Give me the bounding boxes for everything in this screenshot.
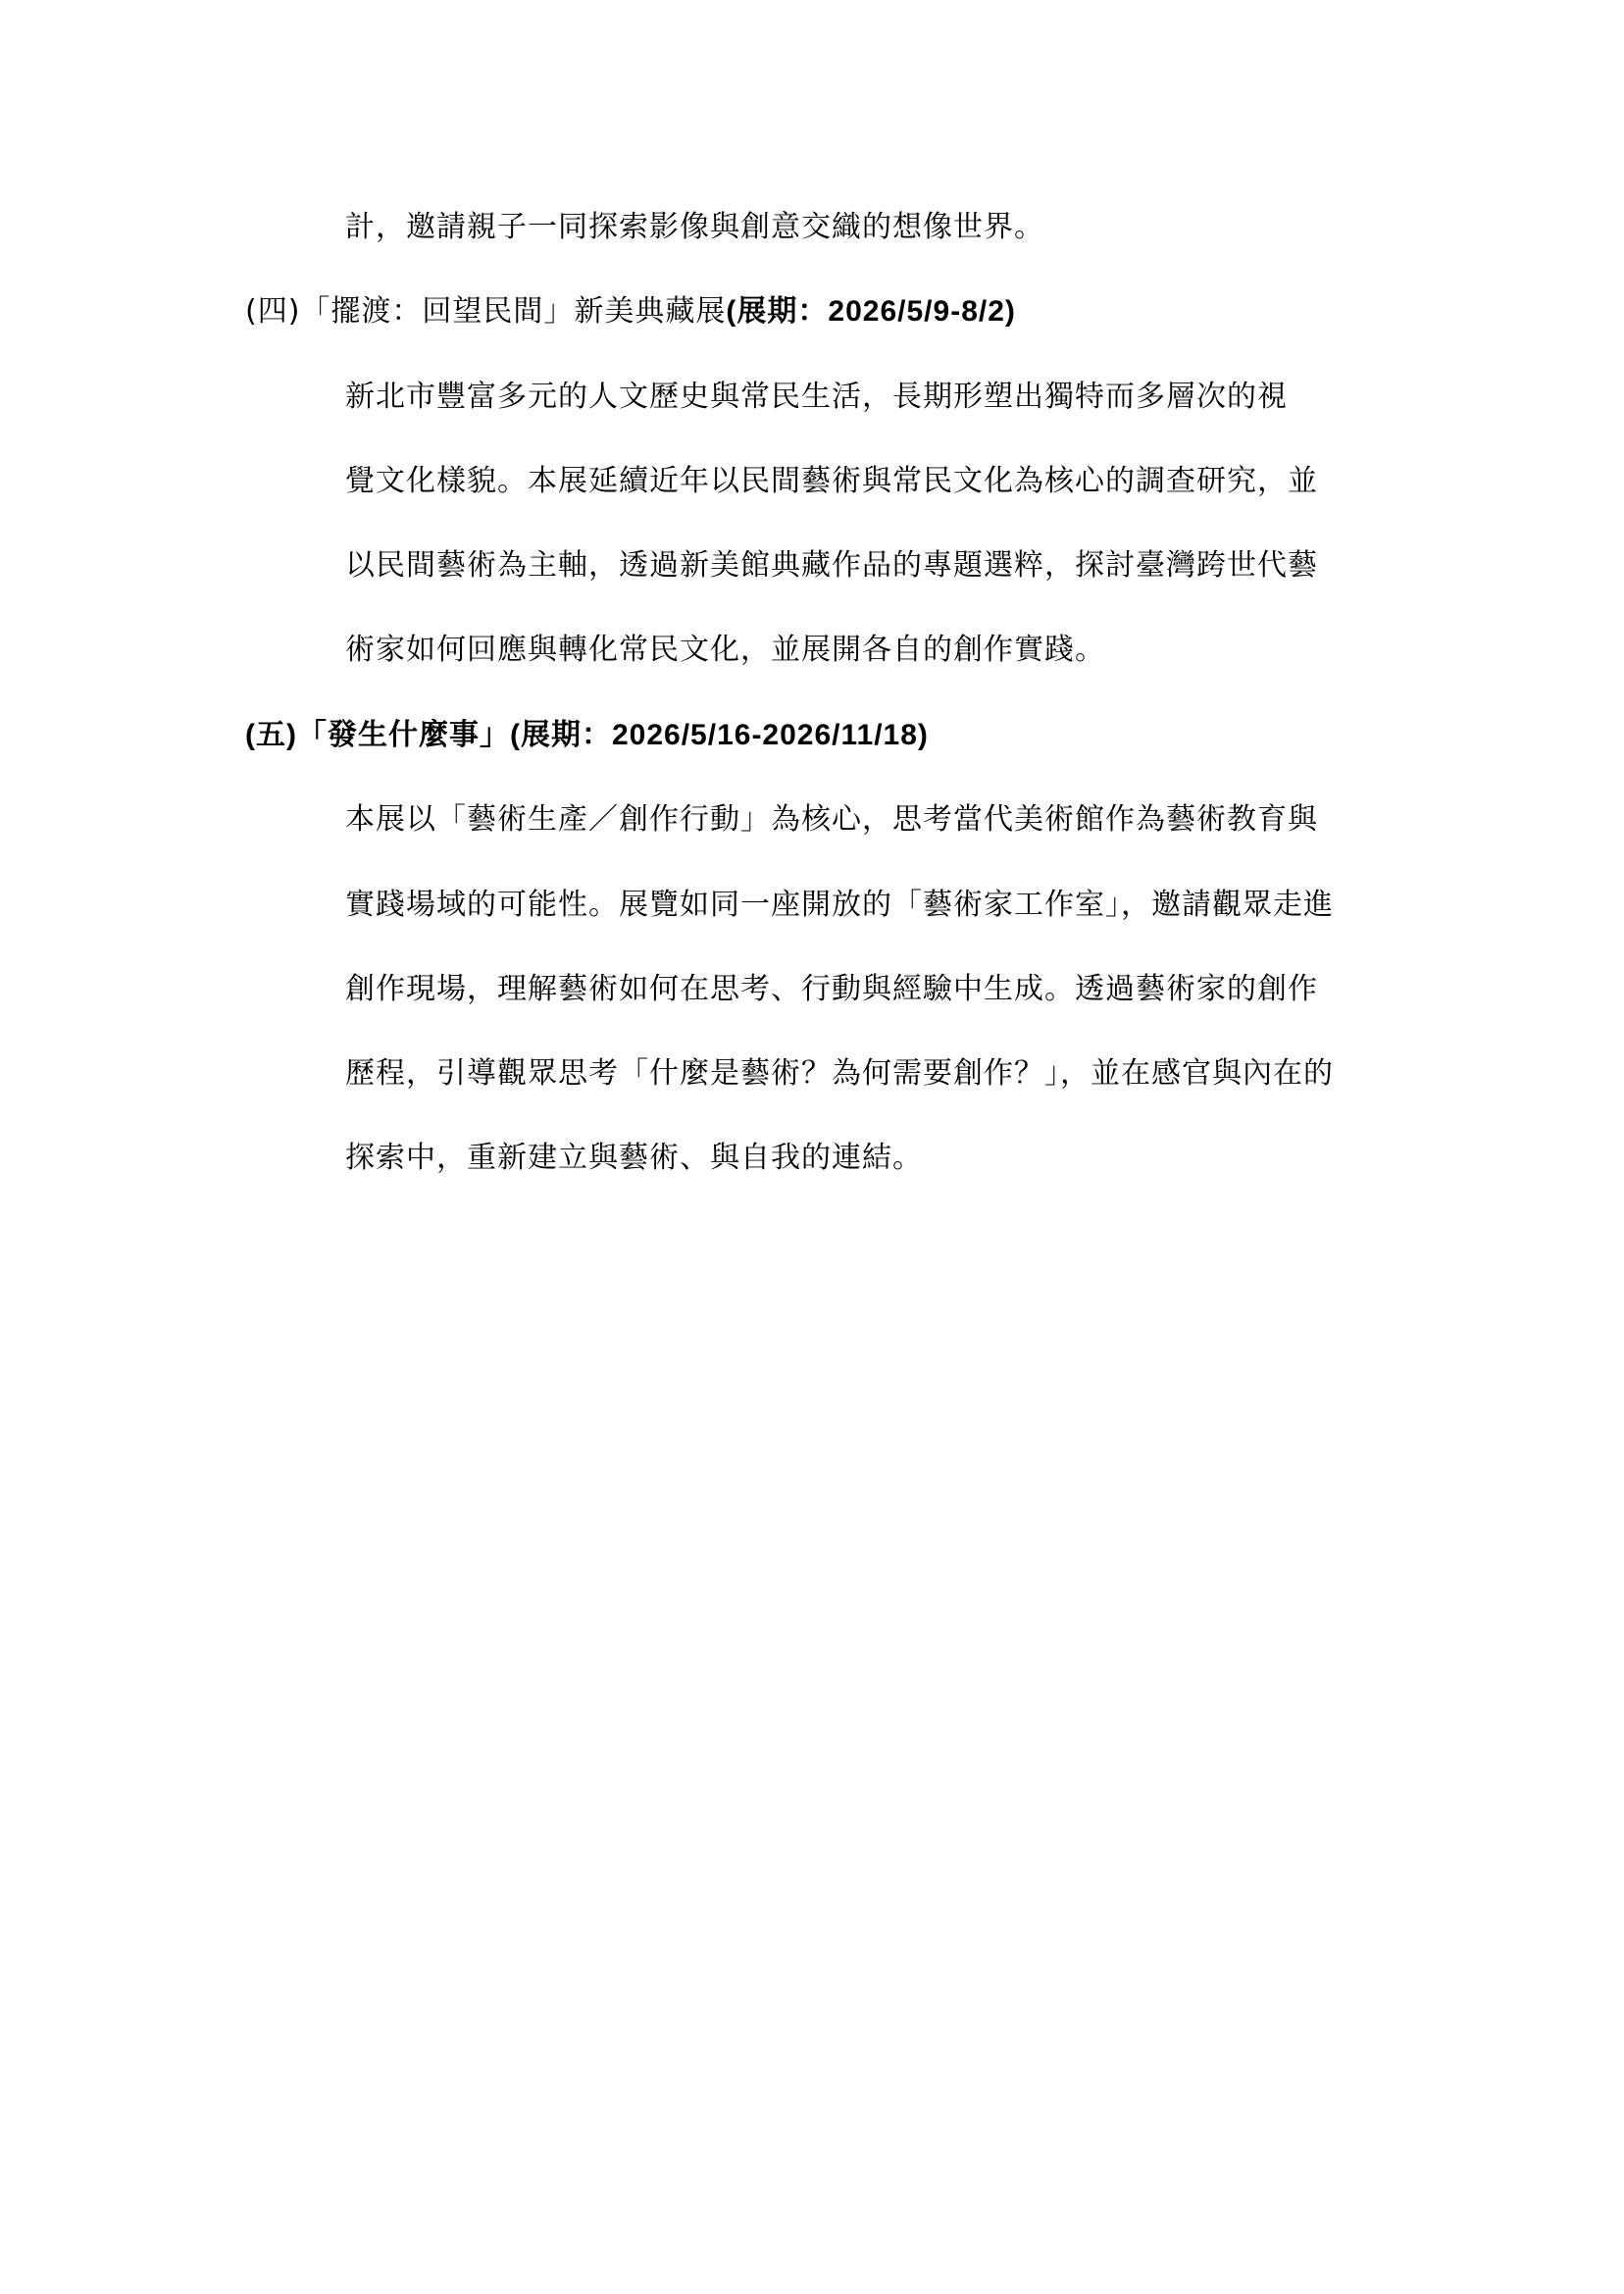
section-period-prefix: (展期：	[726, 295, 828, 328]
section-period-value: 2026/5/9-8/2)	[828, 295, 1015, 328]
section-period-prefix: (展期：	[510, 719, 612, 751]
paragraph-line: 本展以「藝術生產／創作行動」為核心，思考當代美術館作為藝術教育與	[345, 800, 1318, 840]
section-title: 「擺渡：回望民間」新美典藏展	[300, 294, 726, 329]
paragraph-line: 以民間藝術為主軸，透過新美館典藏作品的專題選粹，探討臺灣跨世代藝	[345, 546, 1318, 586]
paragraph-line: 歷程，引導觀眾思考「什麼是藝術？為何需要創作？」，並在感官與內在的	[345, 1054, 1334, 1094]
section-heading-5: (五)「發生什麼事」(展期：2026/5/16-2026/11/18)	[245, 716, 929, 755]
section-title: 「發生什麼事」	[297, 719, 510, 751]
section-number: (四)	[245, 294, 300, 329]
paragraph-line: 新北市豐富多元的人文歷史與常民生活，長期形塑出獨特而多層次的視	[345, 378, 1288, 417]
paragraph-line: 探索中，重新建立與藝術、與自我的連結。	[345, 1139, 923, 1178]
section-number: (五)	[245, 719, 297, 751]
paragraph-line: 實踐場域的可能性。展覽如同一座開放的「藝術家工作室」，邀請觀眾走進	[345, 886, 1334, 925]
paragraph-line: 覺文化樣貌。本展延續近年以民間藝術與常民文化為核心的調查研究，並	[345, 462, 1318, 501]
continuation-line: 計，邀請親子一同探索影像與創意交織的想像世界。	[345, 208, 1044, 247]
section-heading-4: (四)「擺渡：回望民間」新美典藏展(展期：2026/5/9-8/2)	[245, 292, 1016, 331]
document-page: 計，邀請親子一同探索影像與創意交織的想像世界。 (四)「擺渡：回望民間」新美典藏…	[0, 0, 1624, 2294]
paragraph-line: 術家如何回應與轉化常民文化，並展開各自的創作實踐。	[345, 631, 1105, 670]
section-period-value: 2026/5/16-2026/11/18)	[612, 719, 929, 751]
paragraph-line: 創作現場，理解藝術如何在思考、行動與經驗中生成。透過藝術家的創作	[345, 970, 1318, 1009]
